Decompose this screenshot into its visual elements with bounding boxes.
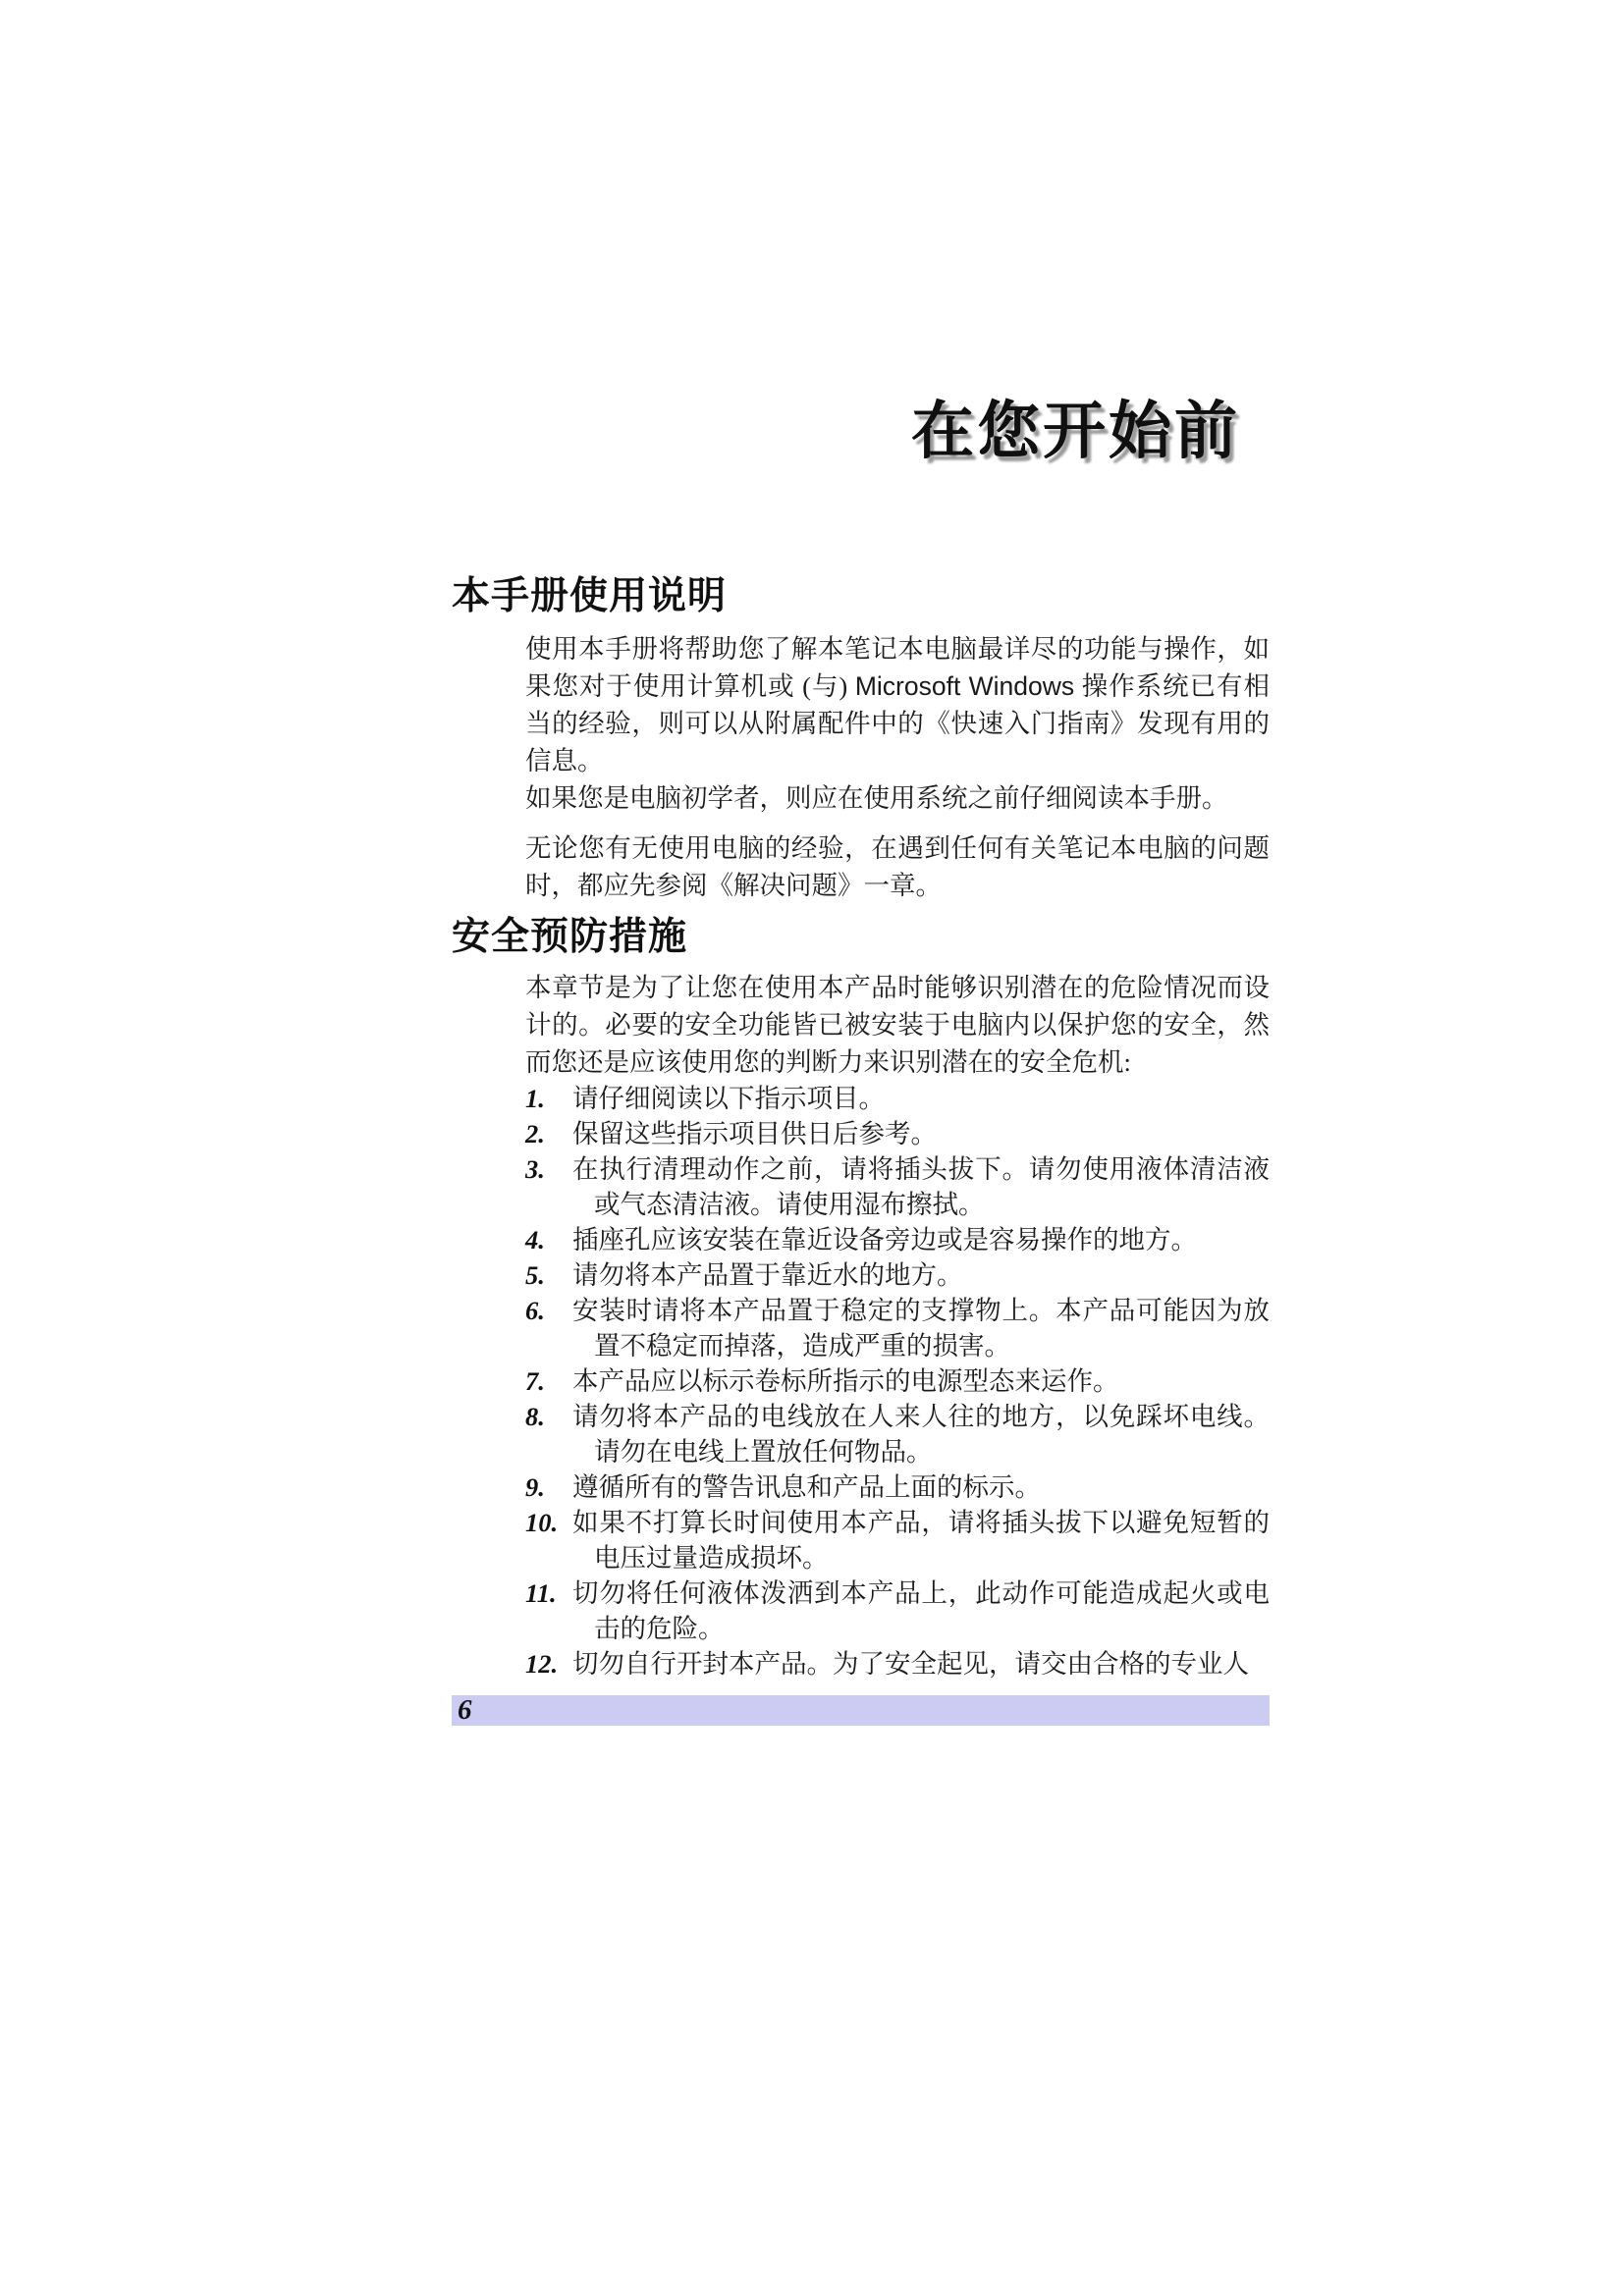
item-number: 6. — [525, 1293, 572, 1328]
list-item: 4.插座孔应该安装在靠近设备旁边或是容易操作的地方。 — [525, 1222, 1270, 1257]
footer-bar: 6 — [452, 1695, 1270, 1726]
item-text: 切勿自行开封本产品。为了安全起见，请交由合格的专业人 — [572, 1646, 1270, 1682]
item-number: 7. — [525, 1363, 572, 1399]
list-item: 10.如果不打算长时间使用本产品，请将插头拔下以避免短暂的电压过量造成损坏。 — [525, 1505, 1270, 1575]
item-number: 4. — [525, 1222, 572, 1257]
item-text: 安装时请将本产品置于稳定的支撑物上。本产品可能因为放置不稳定而掉落，造成严重的损… — [572, 1293, 1270, 1363]
item-text: 如果不打算长时间使用本产品，请将插头拔下以避免短暂的电压过量造成损坏。 — [572, 1505, 1270, 1575]
list-item: 8.请勿将本产品的电线放在人来人往的地方，以免踩坏电线。请勿在电线上置放任何物品… — [525, 1399, 1270, 1469]
item-text: 请勿将本产品置于靠近水的地方。 — [572, 1257, 1270, 1293]
item-number: 11. — [525, 1575, 572, 1611]
item-text: 切勿将任何液体泼洒到本产品上，此动作可能造成起火或电击的危险。 — [572, 1575, 1270, 1646]
content-column: 在您开始前 本手册使用说明 使用本手册将帮助您了解本笔记本电脑最详尽的功能与操作… — [452, 0, 1270, 1682]
item-number: 8. — [525, 1399, 572, 1434]
manual-usage-paragraph-2: 如果您是电脑初学者，则应在使用系统之前仔细阅读本手册。 — [525, 779, 1270, 817]
manual-page: 在您开始前 本手册使用说明 使用本手册将帮助您了解本笔记本电脑最详尽的功能与操作… — [0, 0, 1624, 2296]
item-number: 1. — [525, 1081, 572, 1116]
list-item: 9.遵循所有的警告讯息和产品上面的标示。 — [525, 1469, 1270, 1505]
list-item: 11.切勿将任何液体泼洒到本产品上，此动作可能造成起火或电击的危险。 — [525, 1575, 1270, 1646]
safety-precautions-list: 1.请仔细阅读以下指示项目。 2.保留这些指示项目供日后参考。 3.在执行清理动… — [525, 1081, 1270, 1682]
item-number: 9. — [525, 1469, 572, 1505]
list-item: 3.在执行清理动作之前，请将插头拔下。请勿使用液体清洁液或气态清洁液。请使用湿布… — [525, 1151, 1270, 1222]
section-heading-manual-usage: 本手册使用说明 — [452, 574, 1270, 619]
latin-product-name: Microsoft Windows — [855, 671, 1074, 701]
page-number: 6 — [452, 1695, 472, 1726]
list-item: 1.请仔细阅读以下指示项目。 — [525, 1081, 1270, 1116]
list-item: 7.本产品应以标示卷标所指示的电源型态来运作。 — [525, 1363, 1270, 1399]
item-text: 保留这些指示项目供日后参考。 — [572, 1116, 1270, 1151]
item-number: 12. — [525, 1646, 572, 1682]
item-text: 插座孔应该安装在靠近设备旁边或是容易操作的地方。 — [572, 1222, 1270, 1257]
item-number: 2. — [525, 1116, 572, 1151]
item-text: 遵循所有的警告讯息和产品上面的标示。 — [572, 1469, 1270, 1505]
manual-usage-paragraph-1: 使用本手册将帮助您了解本笔记本电脑最详尽的功能与操作，如果您对于使用计算机或 (… — [525, 630, 1270, 779]
item-text: 在执行清理动作之前，请将插头拔下。请勿使用液体清洁液或气态清洁液。请使用湿布擦拭… — [572, 1151, 1270, 1222]
chapter-title: 在您开始前 — [452, 0, 1270, 467]
safety-intro-paragraph: 本章节是为了让您在使用本产品时能够识别潜在的危险情况而设计的。必要的安全功能皆已… — [525, 969, 1270, 1081]
manual-usage-paragraph-3: 无论您有无使用电脑的经验，在遇到任何有关笔记本电脑的问题时，都应先参阅《解决问题… — [525, 829, 1270, 904]
item-number: 10. — [525, 1505, 572, 1540]
item-number: 5. — [525, 1257, 572, 1293]
item-number: 3. — [525, 1151, 572, 1187]
item-text: 请仔细阅读以下指示项目。 — [572, 1081, 1270, 1116]
list-item: 5.请勿将本产品置于靠近水的地方。 — [525, 1257, 1270, 1293]
item-text: 本产品应以标示卷标所指示的电源型态来运作。 — [572, 1363, 1270, 1399]
section-heading-safety-precautions: 安全预防措施 — [452, 915, 1270, 960]
list-item: 6.安装时请将本产品置于稳定的支撑物上。本产品可能因为放置不稳定而掉落，造成严重… — [525, 1293, 1270, 1363]
item-text: 请勿将本产品的电线放在人来人往的地方，以免踩坏电线。请勿在电线上置放任何物品。 — [572, 1399, 1270, 1469]
list-item: 2.保留这些指示项目供日后参考。 — [525, 1116, 1270, 1151]
list-item: 12.切勿自行开封本产品。为了安全起见，请交由合格的专业人 — [525, 1646, 1270, 1682]
